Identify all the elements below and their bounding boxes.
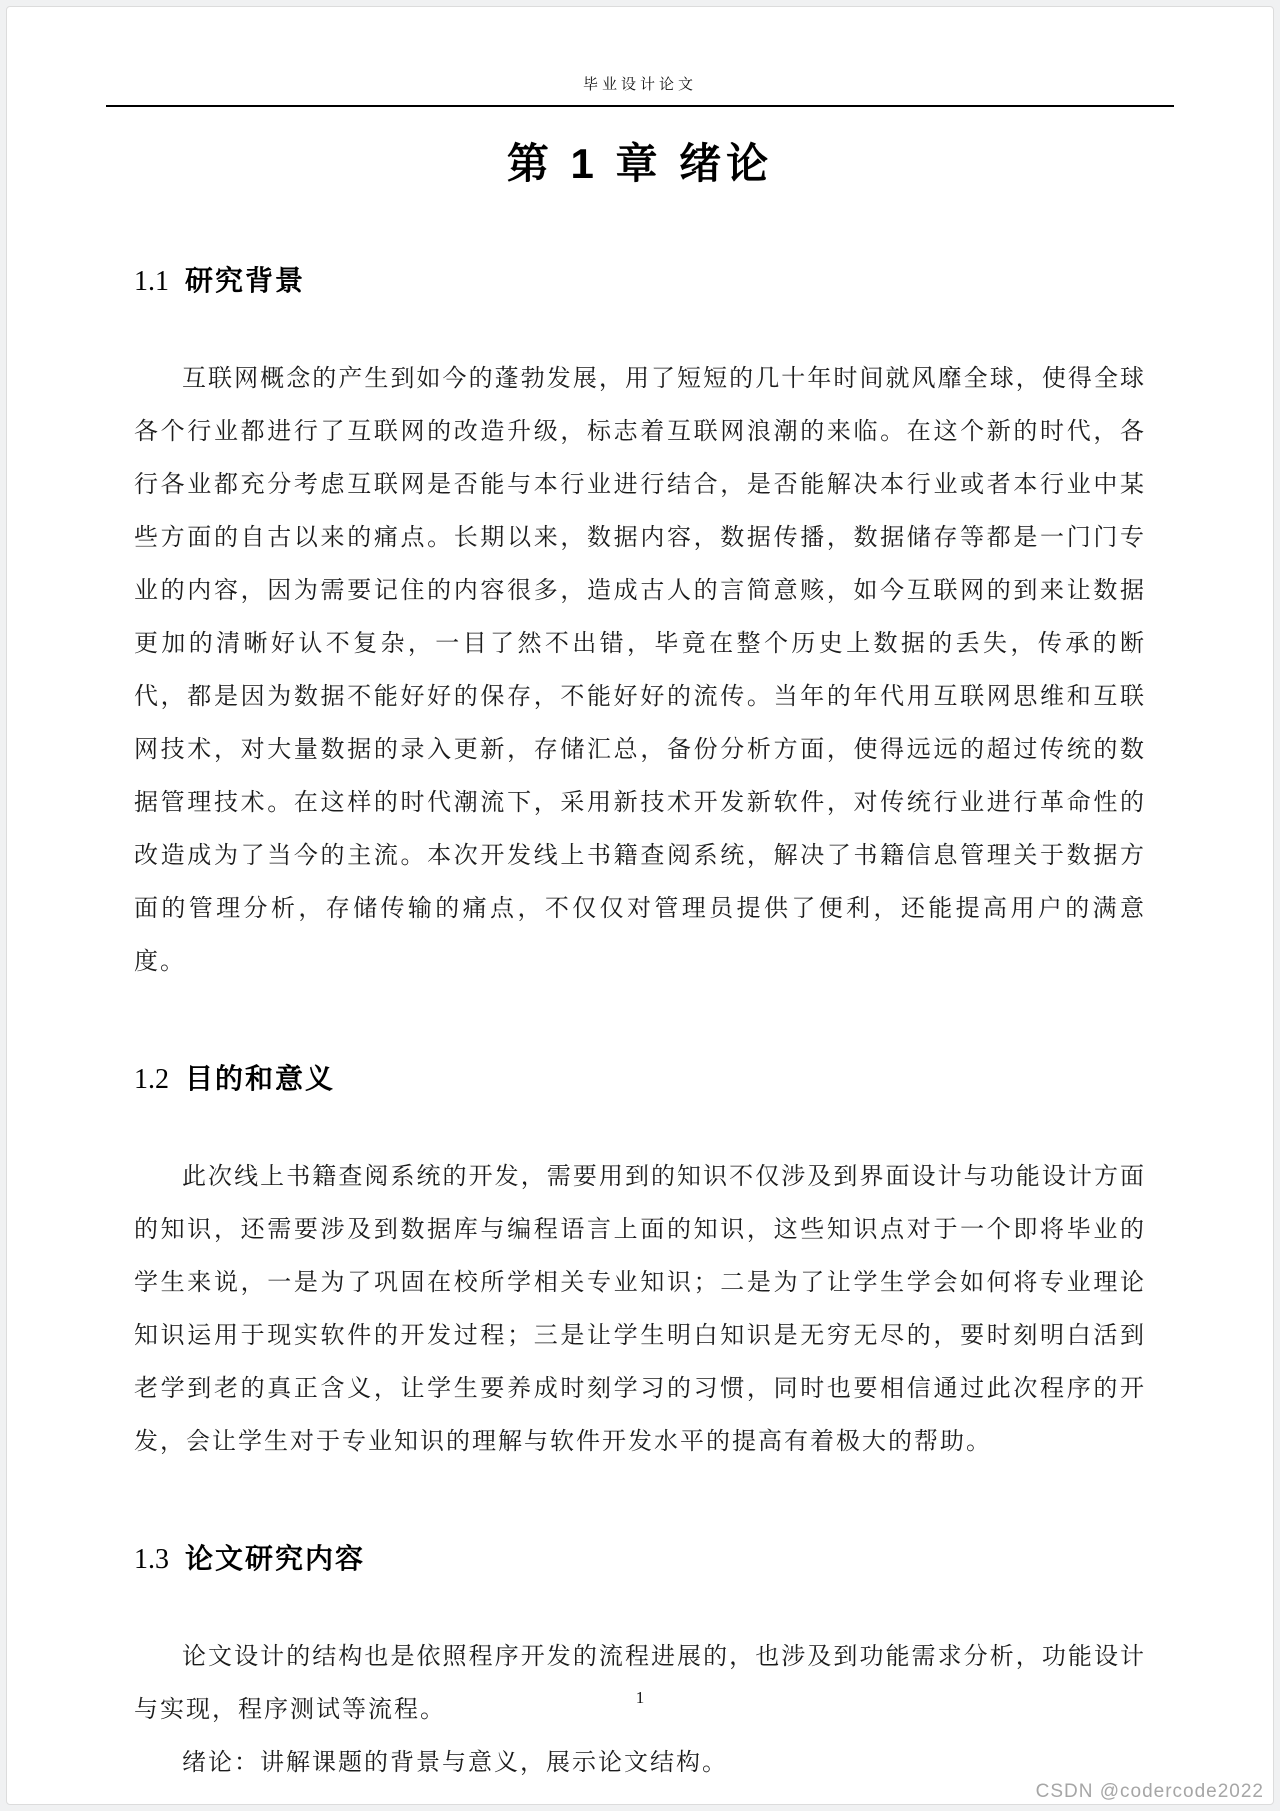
section-number: 1.3 <box>134 1544 169 1576</box>
page-number: 1 <box>7 1688 1273 1708</box>
section-heading: 1.3 论文研究内容 <box>134 1537 1146 1577</box>
section-heading: 1.2 目的和意义 <box>134 1057 1146 1097</box>
section-number: 1.2 <box>134 1064 169 1096</box>
paragraph: 论文设计的结构也是依照程序开发的流程进展的，也涉及到功能需求分析，功能设计与实现… <box>134 1631 1146 1737</box>
section-title: 目的和意义 <box>185 1057 335 1097</box>
running-head: 毕业设计论文 <box>134 73 1146 94</box>
header-rule <box>106 105 1174 107</box>
chapter-title: 第 1 章 绪论 <box>134 131 1146 191</box>
watermark: CSDN @codercode2022 <box>1036 1781 1264 1803</box>
section-number: 1.1 <box>134 266 169 298</box>
paragraph: 此次线上书籍查阅系统的开发，需要用到的知识不仅涉及到界面设计与功能设计方面的知识… <box>134 1151 1146 1469</box>
section-research-background: 1.1 研究背景 互联网概念的产生到如今的蓬勃发展，用了短短的几十年时间就风靡全… <box>134 259 1146 989</box>
paragraph: 绪论：讲解课题的背景与意义，展示论文结构。 <box>134 1737 1146 1790</box>
paragraph: 互联网概念的产生到如今的蓬勃发展，用了短短的几十年时间就风靡全球，使得全球各个行… <box>134 353 1146 989</box>
section-purpose-significance: 1.2 目的和意义 此次线上书籍查阅系统的开发，需要用到的知识不仅涉及到界面设计… <box>134 1057 1146 1469</box>
section-title: 研究背景 <box>185 259 305 299</box>
document-page: 毕业设计论文 第 1 章 绪论 1.1 研究背景 互联网概念的产生到如今的蓬勃发… <box>6 6 1274 1805</box>
section-heading: 1.1 研究背景 <box>134 259 1146 299</box>
section-thesis-content: 1.3 论文研究内容 论文设计的结构也是依照程序开发的流程进展的，也涉及到功能需… <box>134 1537 1146 1790</box>
screenshot-canvas: 毕业设计论文 第 1 章 绪论 1.1 研究背景 互联网概念的产生到如今的蓬勃发… <box>0 0 1280 1811</box>
section-title: 论文研究内容 <box>185 1537 365 1577</box>
